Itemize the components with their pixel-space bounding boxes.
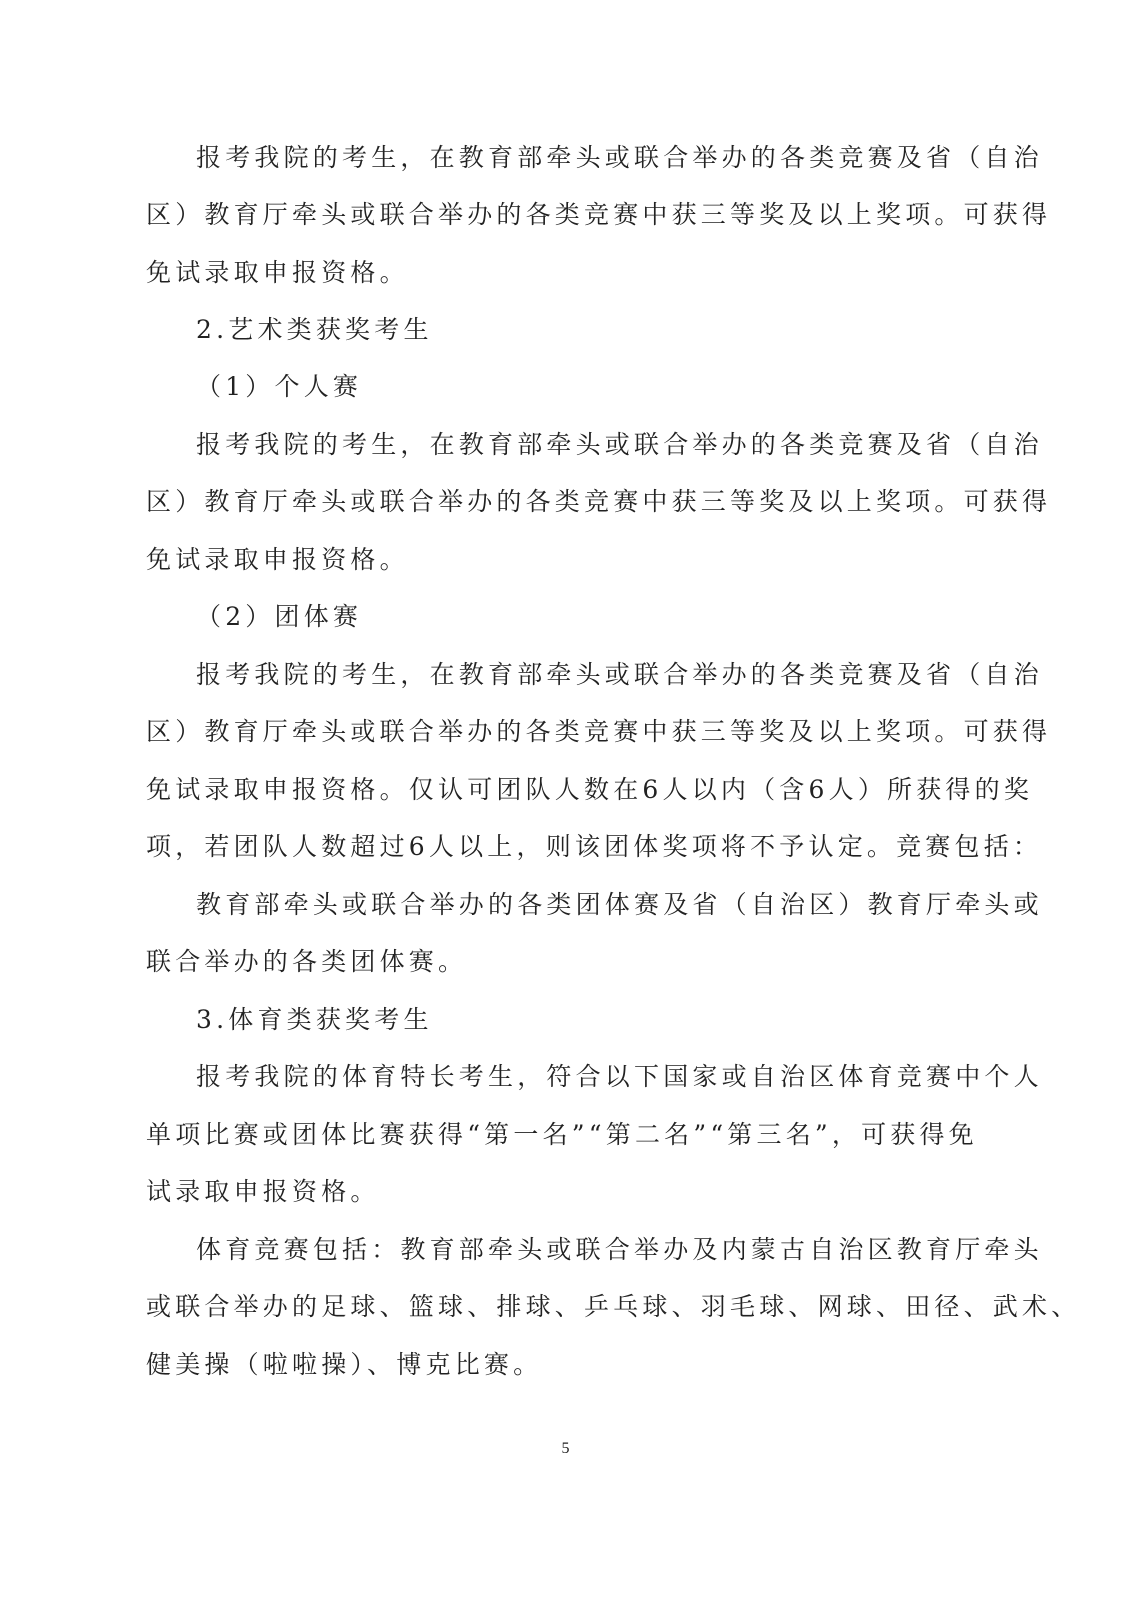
subheading-team: （2）团体赛	[196, 602, 1016, 632]
document-page: 报考我院的考生，在教育部牵头或联合举办的各类竞赛及省（自治 区）教育厅牵头或联合…	[0, 0, 1131, 1600]
paragraph-line: 报考我院的体育特长考生，符合以下国家或自治区体育竞赛中个人	[196, 1062, 1016, 1092]
paragraph-line: 免试录取申报资格。	[146, 545, 966, 575]
paragraph-line: 体育竞赛包括：教育部牵头或联合举办及内蒙古自治区教育厅牵头	[196, 1235, 1016, 1265]
paragraph-line: 区）教育厅牵头或联合举办的各类竞赛中获三等奖及以上奖项。可获得	[146, 487, 966, 517]
page-number: 5	[0, 1440, 1131, 1458]
subheading-individual: （1）个人赛	[196, 372, 1016, 402]
paragraph-line: 免试录取申报资格。仅认可团队人数在6人以内（含6人）所获得的奖	[146, 775, 966, 805]
paragraph-line: 健美操（啦啦操）、博克比赛。	[146, 1350, 966, 1380]
paragraph-line: 教育部牵头或联合举办的各类团体赛及省（自治区）教育厅牵头或	[196, 890, 1016, 920]
paragraph-line: 项，若团队人数超过6人以上，则该团体奖项将不予认定。竞赛包括：	[146, 832, 966, 862]
paragraph-line: 联合举办的各类团体赛。	[146, 947, 966, 977]
section-heading-sports: 3.体育类获奖考生	[196, 1005, 1016, 1035]
paragraph-line: 报考我院的考生，在教育部牵头或联合举办的各类竞赛及省（自治	[196, 430, 1016, 460]
paragraph-line: 试录取申报资格。	[146, 1177, 966, 1207]
paragraph-line: 区）教育厅牵头或联合举办的各类竞赛中获三等奖及以上奖项。可获得	[146, 717, 966, 747]
paragraph-line: 报考我院的考生，在教育部牵头或联合举办的各类竞赛及省（自治	[196, 143, 1016, 173]
paragraph-line: 报考我院的考生，在教育部牵头或联合举办的各类竞赛及省（自治	[196, 660, 1016, 690]
paragraph-line: 单项比赛或团体比赛获得“第一名”“第二名”“第三名”，可获得免	[146, 1120, 966, 1150]
paragraph-line: 或联合举办的足球、篮球、排球、乒乓球、羽毛球、网球、田径、武术、	[146, 1292, 966, 1322]
paragraph-line: 免试录取申报资格。	[146, 258, 966, 288]
paragraph-line: 区）教育厅牵头或联合举办的各类竞赛中获三等奖及以上奖项。可获得	[146, 200, 966, 230]
section-heading-art: 2.艺术类获奖考生	[196, 315, 1016, 345]
